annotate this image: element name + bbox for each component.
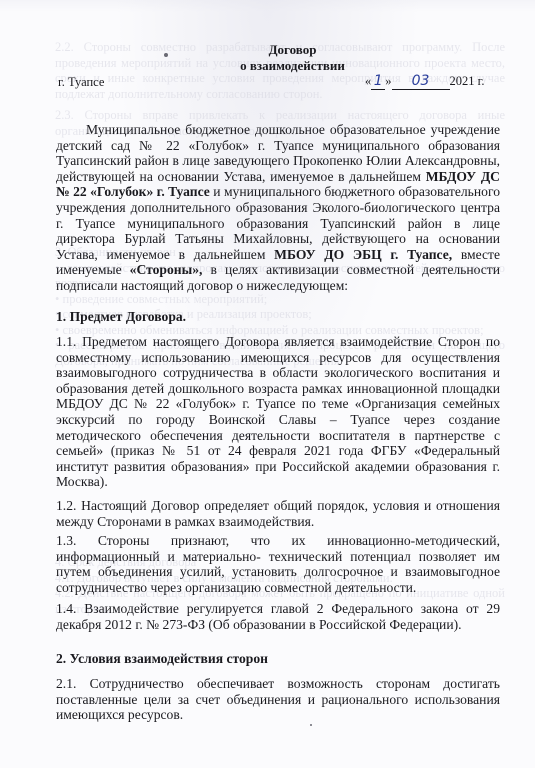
section-heading-subject: 1. Предмет Договора.	[56, 309, 186, 325]
scan-speck	[310, 724, 312, 726]
clause-1-2: 1.2. Настоящий Договор определяет общий …	[56, 498, 500, 529]
document-subtitle: о взаимодействии	[25, 58, 535, 73]
section-heading-conditions: 2. Условия взаимодействия сторон	[56, 651, 268, 667]
date-day-handwritten: 1	[371, 73, 385, 90]
party2-short-name: МБОУ ДО ЭБЦ г. Туапсе,	[274, 247, 452, 262]
clause-1-4: 1.4. Взаимодействие регулируется главой …	[56, 601, 500, 632]
date-month-handwritten: 03	[392, 73, 450, 90]
document-date: «1»032021 г.	[365, 73, 484, 90]
clause-2-1: 2.1. Сотрудничество обеспечивает возможн…	[56, 676, 500, 723]
city-label: г. Туапсе	[58, 75, 104, 90]
date-year: 2021 г.	[450, 74, 485, 88]
intro-paragraph: Муниципальное бюджетное дошкольное образ…	[56, 122, 500, 294]
clause-1-1: 1.1. Предметом настоящего Договора являе…	[56, 334, 500, 490]
parties-term: «Стороны»,	[130, 262, 203, 277]
show-through-line: • проведение совместных мероприятий;	[55, 292, 505, 308]
scanned-page: 2.2. Стороны совместно разрабатывают и с…	[0, 0, 535, 768]
clause-1-3: 1.3. Стороны признают, что их инновацион…	[56, 533, 500, 595]
document-title: Договор	[25, 42, 535, 57]
